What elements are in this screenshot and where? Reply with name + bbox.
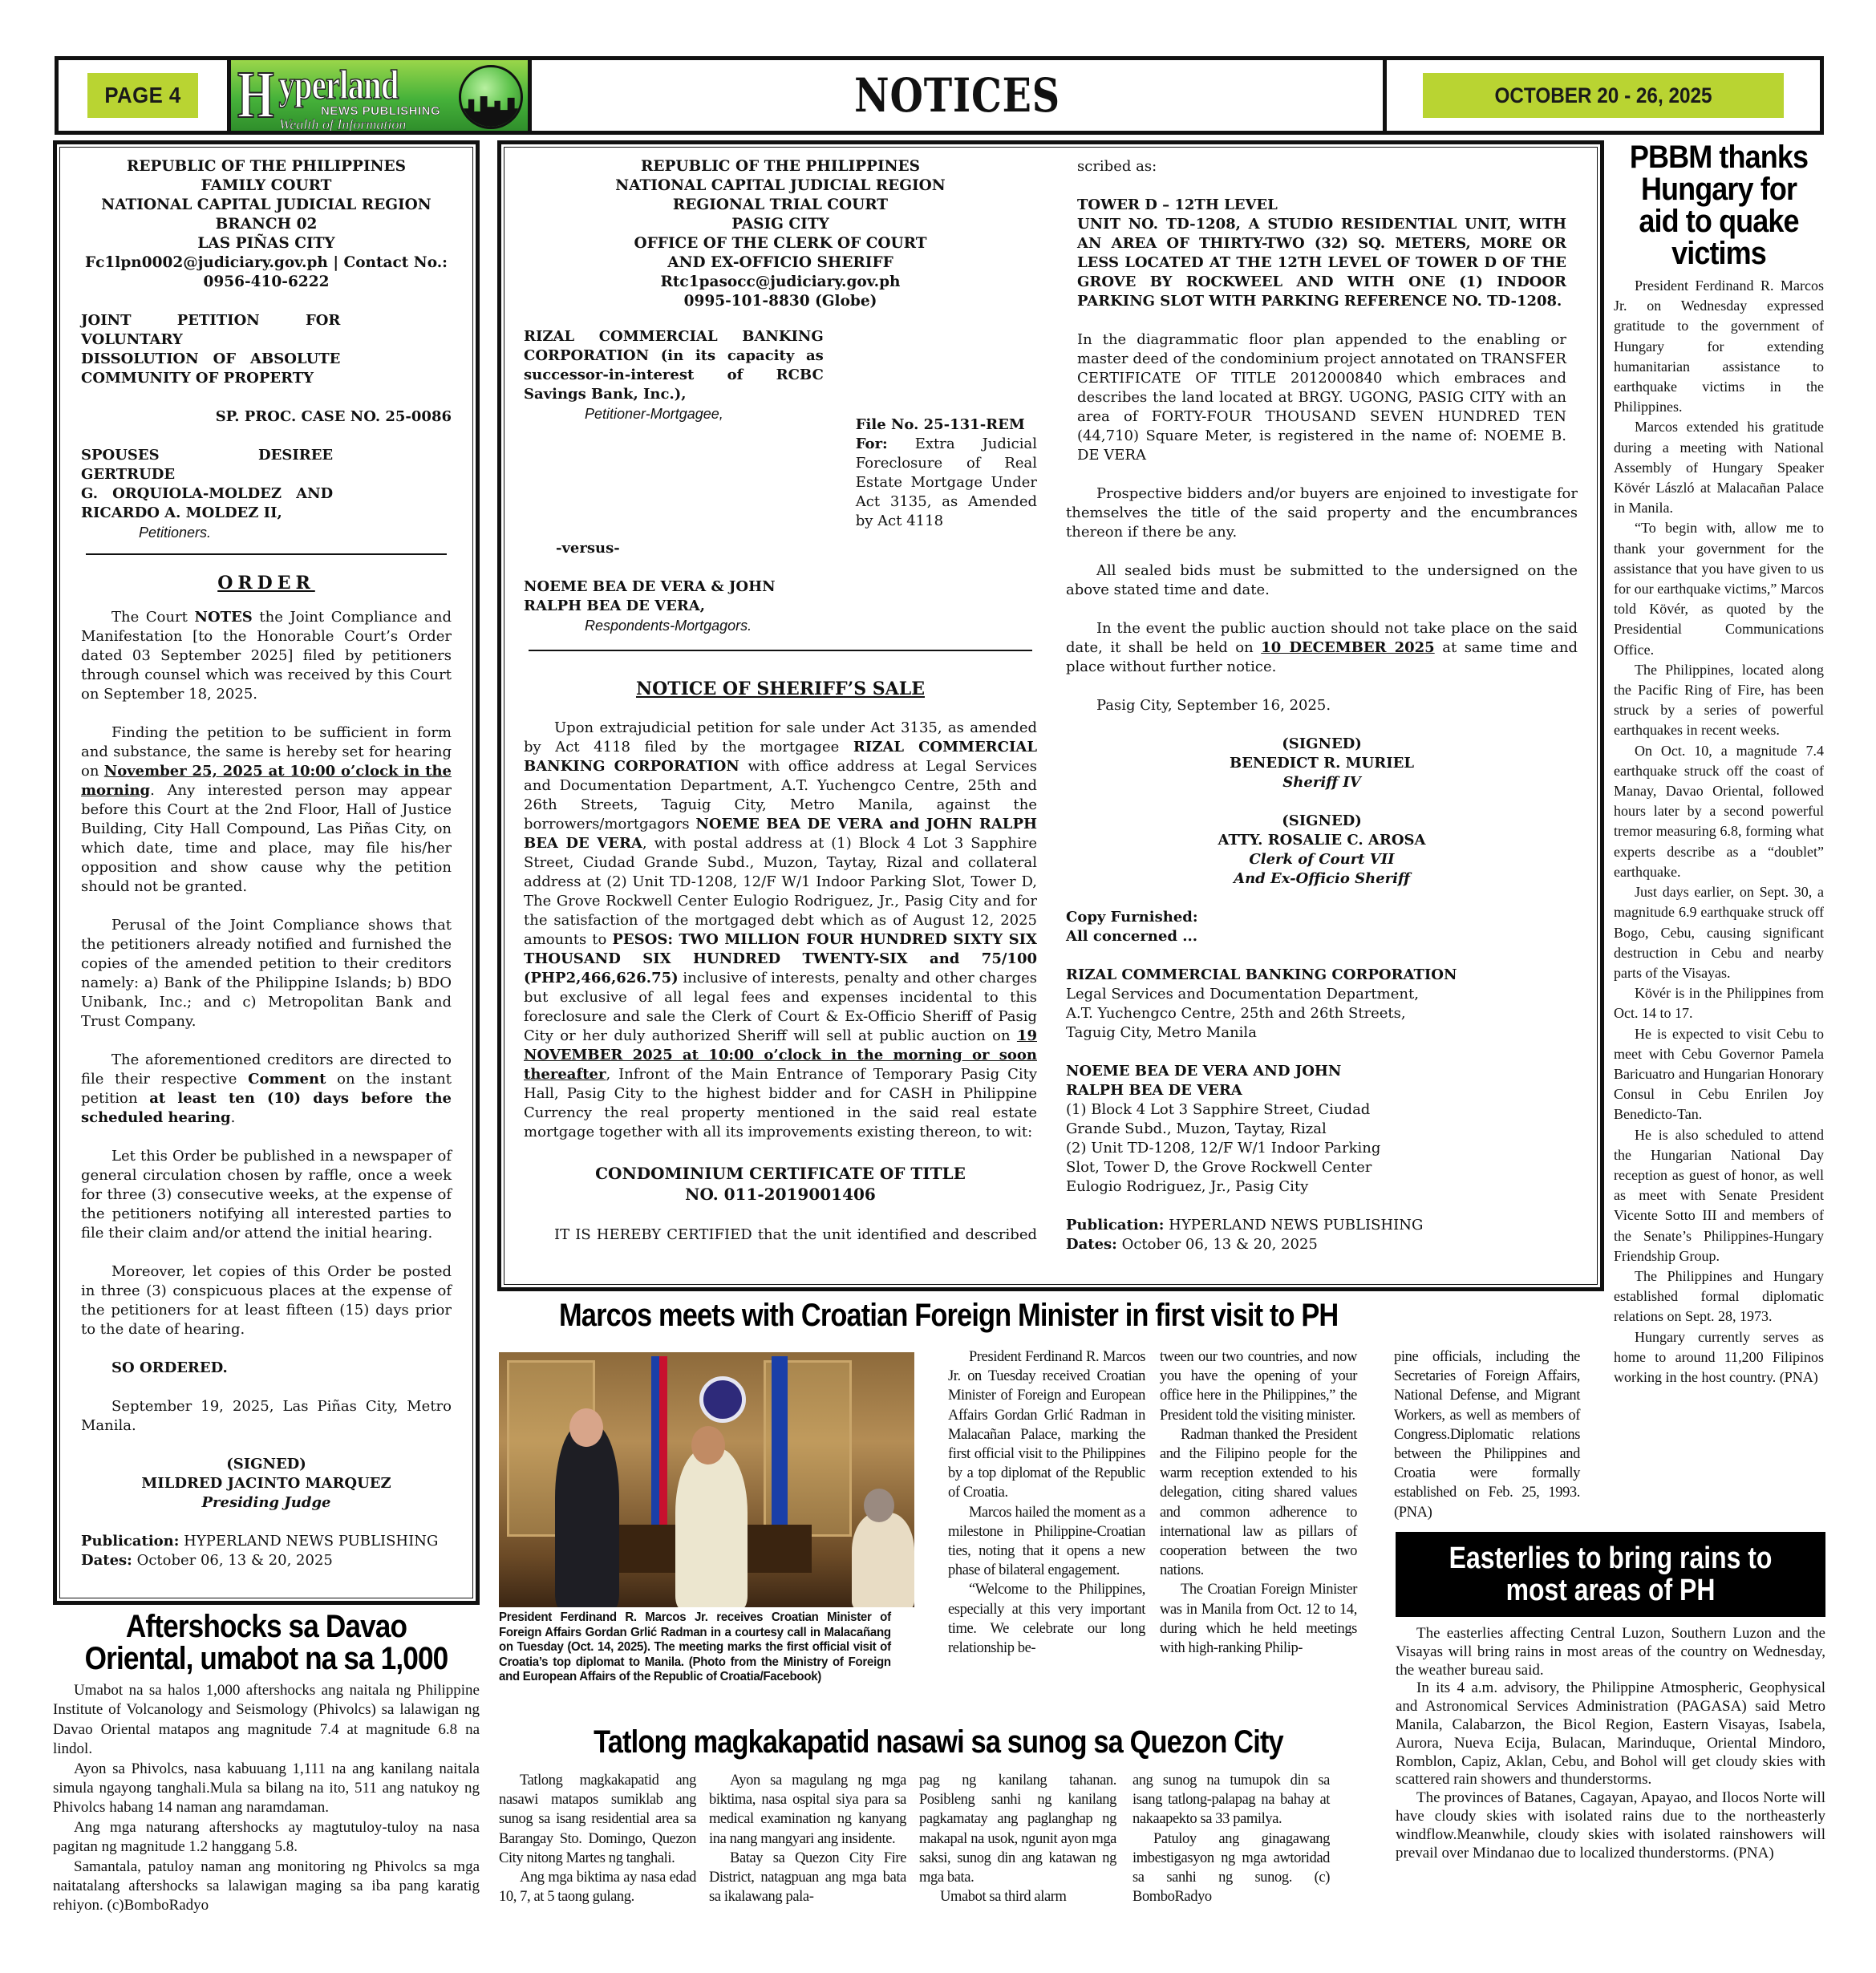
presidential-seal-icon: [699, 1376, 746, 1423]
logo-tagline: Wealth of Information: [279, 116, 406, 131]
divider: [529, 650, 1032, 651]
judge-name: MILDRED JACINTO MARQUEZ: [81, 1474, 452, 1493]
petitioner-line: RICARDO A. MOLDEZ II,: [81, 504, 333, 523]
header-line: AND EX-OFFICIO SHERIFF: [524, 253, 1037, 273]
judge-signature-block: (SIGNED) MILDRED JACINTO MARQUEZ Presidi…: [81, 1455, 452, 1513]
article-column: Tatlong magkakapatid ang nasawi matapos …: [499, 1771, 696, 1906]
petitioners-names: SPOUSES DESIREE GERTRUDE G. ORQUIOLA-MOL…: [81, 446, 333, 523]
article-aftershocks: Aftershocks sa Davao Oriental, umabot na…: [53, 1610, 480, 1916]
header-line: PASIG CITY: [524, 215, 1037, 234]
order-paragraph: Perusal of the Joint Compliance shows th…: [81, 916, 452, 1031]
condo-certificate-title: CONDOMINIUM CERTIFICATE OF TITLE NO. 011…: [524, 1163, 1037, 1205]
header-line: REGIONAL TRIAL COURT: [524, 196, 1037, 215]
header-line: BRANCH 02: [81, 215, 452, 234]
certified-text: IT IS HEREBY CERTIFIED that the unit ide…: [524, 1226, 1037, 1245]
notice-family-court-order: REPUBLIC OF THE PHILIPPINES FAMILY COURT…: [53, 140, 480, 1605]
order-paragraph-hearing: Finding the petition to be sufficient in…: [81, 723, 452, 897]
file-purpose: For: Extra Judicial Foreclosure of Real …: [856, 435, 1037, 531]
header-line: REPUBLIC OF THE PHILIPPINES: [81, 157, 452, 176]
aide-figure: [852, 1513, 914, 1607]
sealed-bids: All sealed bids must be submitted to the…: [1066, 561, 1578, 600]
article-column: tween our two countries, and now you hav…: [1160, 1347, 1357, 1658]
petitioner-line: G. ORQUIOLA-MOLDEZ AND: [81, 484, 333, 504]
court-email: Rtc1pasocc@judiciary.gov.ph: [524, 273, 1037, 292]
unit-description: UNIT NO. TD-1208, A STUDIO RESIDENTIAL U…: [1077, 215, 1566, 311]
globe-skyline-icon: [459, 65, 523, 129]
article-tatlong-headline-wrap: Tatlong magkakapatid nasawi sa sunog sa …: [497, 1724, 1380, 1760]
petition-title-line: DISSOLUTION OF ABSOLUTE: [81, 350, 340, 369]
place-date: Pasig City, September 16, 2025.: [1066, 696, 1578, 715]
philippine-flag: [651, 1356, 667, 1525]
petition-title-line: JOINT PETITION FOR VOLUNTARY: [81, 311, 340, 350]
order-paragraph: The Court NOTES the Joint Compliance and…: [81, 608, 452, 704]
article-column: ang sunog na tumupok din sa isang tatlon…: [1132, 1771, 1330, 1906]
versus-label: -versus-: [524, 539, 1037, 558]
sale-notice-column-1: REPUBLIC OF THE PHILIPPINES NATIONAL CAP…: [524, 157, 1037, 1274]
cct-line: CONDOMINIUM CERTIFICATE OF TITLE: [524, 1163, 1037, 1184]
article-body: Umabot na sa halos 1,000 aftershocks ang…: [53, 1681, 480, 1916]
article-column: pine officials, including the Secretarie…: [1394, 1347, 1580, 1522]
petitioner-name: RIZAL COMMERCIAL BANKING CORPORATION (in…: [524, 327, 824, 404]
header-line: NATIONAL CAPITAL JUDICIAL REGION: [524, 176, 1037, 196]
order-paragraph: The aforementioned creditors are directe…: [81, 1051, 452, 1128]
alternate-auction: In the event the public auction should n…: [1066, 619, 1578, 677]
petition-title: JOINT PETITION FOR VOLUNTARY DISSOLUTION…: [81, 311, 340, 388]
court-phone: 0956-410-6222: [81, 273, 452, 292]
president-figure: [675, 1448, 748, 1607]
clerk-title: And Ex-Officio Sheriff: [1066, 869, 1578, 889]
article-column: pag ng kanilang tahanan. Posibleng sanhi…: [919, 1771, 1116, 1906]
issue-date-cell: OCTOBER 20 - 26, 2025: [1387, 60, 1820, 131]
logo-wordmark: yperland: [271, 62, 399, 109]
sheriff-name: BENEDICT R. MURIEL: [1066, 754, 1578, 773]
article-headline: PBBM thanks Hungary for aid to quake vic…: [1624, 141, 1813, 269]
article-body: President Ferdinand R. Marcos Jr. on Wed…: [1614, 276, 1824, 1388]
sale-notice-title: NOTICE OF SHERIFF’S SALE: [524, 679, 1037, 699]
petition-title-line: COMMUNITY OF PROPERTY: [81, 369, 340, 388]
article-pbbm-hungary: PBBM thanks Hungary for aid to quake vic…: [1614, 141, 1824, 1388]
respondents-names: NOEME BEA DE VERA & JOHN RALPH BEA DE VE…: [524, 577, 788, 616]
sheriff-title: Sheriff IV: [1066, 773, 1578, 792]
minister-figure: [555, 1424, 619, 1607]
article-headline: Aftershocks sa Davao Oriental, umabot na…: [79, 1610, 454, 1675]
prospective-bidders: Prospective bidders and/or buyers are en…: [1066, 484, 1578, 542]
notice-sheriffs-sale: REPUBLIC OF THE PHILIPPINES NATIONAL CAP…: [497, 140, 1604, 1291]
sale-body: Upon extrajudicial petition for sale und…: [524, 719, 1037, 1142]
court-email-contact: Fc1lpn0002@judiciary.gov.ph | Contact No…: [81, 253, 452, 273]
floor-plan-text: In the diagrammatic floor plan appended …: [1077, 330, 1566, 465]
logo-initial: H: [237, 63, 274, 128]
header-line: FAMILY COURT: [81, 176, 452, 196]
so-ordered: SO ORDERED.: [81, 1359, 452, 1378]
article-column: President Ferdinand R. Marcos Jr. on Tue…: [948, 1347, 1145, 1658]
article-easterlies-headline-box: Easterlies to bring rains to most areas …: [1396, 1532, 1825, 1617]
header-line: REPUBLIC OF THE PHILIPPINES: [524, 157, 1037, 176]
header-line: NATIONAL CAPITAL JUDICIAL REGION: [81, 196, 452, 215]
unit-title: TOWER D – 12TH LEVEL: [1077, 196, 1566, 215]
court-header: REPUBLIC OF THE PHILIPPINES FAMILY COURT…: [81, 157, 452, 292]
petitioners-label: Petitioners.: [81, 523, 452, 542]
petitioner-line: SPOUSES DESIREE GERTRUDE: [81, 446, 333, 484]
section-title-cell: NOTICES: [532, 60, 1387, 131]
court-header: REPUBLIC OF THE PHILIPPINES NATIONAL CAP…: [524, 157, 1037, 311]
header-line: LAS PIÑAS CITY: [81, 234, 452, 253]
article-headline: Tatlong magkakapatid nasawi sa sunog sa …: [559, 1724, 1318, 1760]
recipient-name: RIZAL COMMERCIAL BANKING CORPORATION: [1066, 966, 1578, 985]
clerk-name: ATTY. ROSALIE C. AROSA: [1066, 831, 1578, 850]
order-paragraph: Moreover, let copies of this Order be po…: [81, 1262, 452, 1339]
section-title: NOTICES: [854, 68, 1060, 123]
article-easterlies: The easterlies affecting Central Luzon, …: [1396, 1625, 1825, 1862]
article-marcos-croatia-headline-wrap: Marcos meets with Croatian Foreign Minis…: [497, 1298, 1380, 1333]
sale-notice-column-2: scribed as: TOWER D – 12TH LEVEL UNIT NO…: [1066, 157, 1578, 1274]
article-body: The easterlies affecting Central Luzon, …: [1396, 1625, 1825, 1862]
divider: [86, 553, 447, 555]
presidential-flag: [772, 1356, 788, 1525]
issue-date-badge: OCTOBER 20 - 26, 2025: [1423, 73, 1784, 118]
order-title: ORDER: [81, 573, 452, 594]
sheriff-signature: (SIGNED) BENEDICT R. MURIEL Sheriff IV: [1066, 735, 1578, 792]
publication-info: Publication: HYPERLAND NEWS PUBLISHING D…: [81, 1532, 452, 1570]
judge-title: Presiding Judge: [81, 1493, 452, 1513]
page-number-badge: PAGE 4: [87, 73, 198, 118]
recipient-name: NOEME BEA DE VERA AND JOHN: [1066, 1062, 1578, 1081]
petitioner-label: Petitioner-Mortgagee,: [524, 404, 824, 423]
signed-label: (SIGNED): [81, 1455, 452, 1474]
photo-caption: President Ferdinand R. Marcos Jr. receiv…: [499, 1610, 891, 1685]
cct-number: NO. 011-2019001406: [524, 1184, 1037, 1205]
clerk-title: Clerk of Court VII: [1066, 850, 1578, 869]
copy-furnished: Copy Furnished: All concerned ... RIZAL …: [1066, 908, 1578, 1254]
court-phone: 0995-101-8830 (Globe): [524, 292, 1037, 311]
file-number: File No. 25-131-REM: [856, 415, 1037, 435]
respondents-label: Respondents-Mortgagors.: [524, 616, 1037, 635]
publication-logo: H yperland NEWS PUBLISHING Wealth of Inf…: [227, 60, 532, 131]
handshake-photo: [499, 1352, 914, 1607]
article-headline: Easterlies to bring rains to most areas …: [1430, 1542, 1791, 1606]
article-headline: Marcos meets with Croatian Foreign Minis…: [559, 1298, 1318, 1333]
order-date-place: September 19, 2025, Las Piñas City, Metr…: [81, 1397, 452, 1436]
clerk-signature: (SIGNED) ATTY. ROSALIE C. AROSA Clerk of…: [1066, 812, 1578, 889]
case-caption: RIZAL COMMERCIAL BANKING CORPORATION (in…: [524, 327, 1037, 531]
page-number-cell: PAGE 4: [59, 60, 227, 131]
recipient-name: RALPH BEA DE VERA: [1066, 1081, 1578, 1100]
order-paragraph: Let this Order be published in a newspap…: [81, 1147, 452, 1243]
header-line: OFFICE OF THE CLERK OF COURT: [524, 234, 1037, 253]
certified-continued: scribed as:: [1066, 157, 1578, 176]
article-column: Ayon sa magulang ng mga biktima, nasa os…: [709, 1771, 906, 1906]
masthead: PAGE 4 H yperland NEWS PUBLISHING Wealth…: [55, 56, 1824, 135]
case-number: SP. PROC. CASE NO. 25-0086: [81, 407, 452, 427]
alternate-auction-date: 10 DECEMBER 2025: [1261, 639, 1434, 656]
